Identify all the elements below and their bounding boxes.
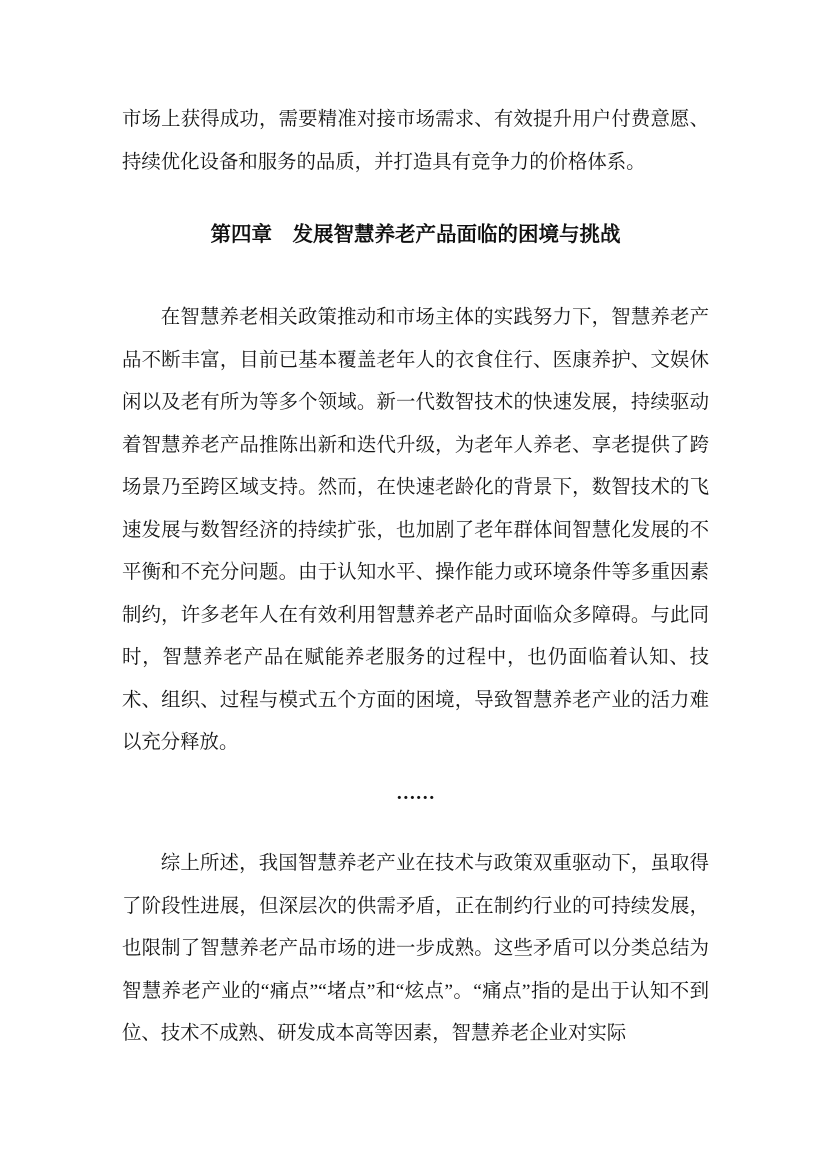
ellipsis-separator: …… xyxy=(122,773,709,816)
intro-continuation-paragraph: 市场上获得成功，需要精准对接市场需求、有效提升用户付费意愿、持续优化设备和服务的… xyxy=(122,99,709,184)
chapter-heading: 第四章 发展智慧养老产品面临的困境与挑战 xyxy=(122,214,709,257)
summary-paragraph: 综上所述，我国智慧养老产业在技术与政策双重驱动下，虽取得了阶段性进展，但深层次的… xyxy=(122,843,709,1056)
document-page: 市场上获得成功，需要精准对接市场需求、有效提升用户付费意愿、持续优化设备和服务的… xyxy=(0,0,827,1169)
body-paragraph: 在智慧养老相关政策推动和市场主体的实践努力下，智慧养老产品不断丰富，目前已基本覆… xyxy=(122,297,709,765)
